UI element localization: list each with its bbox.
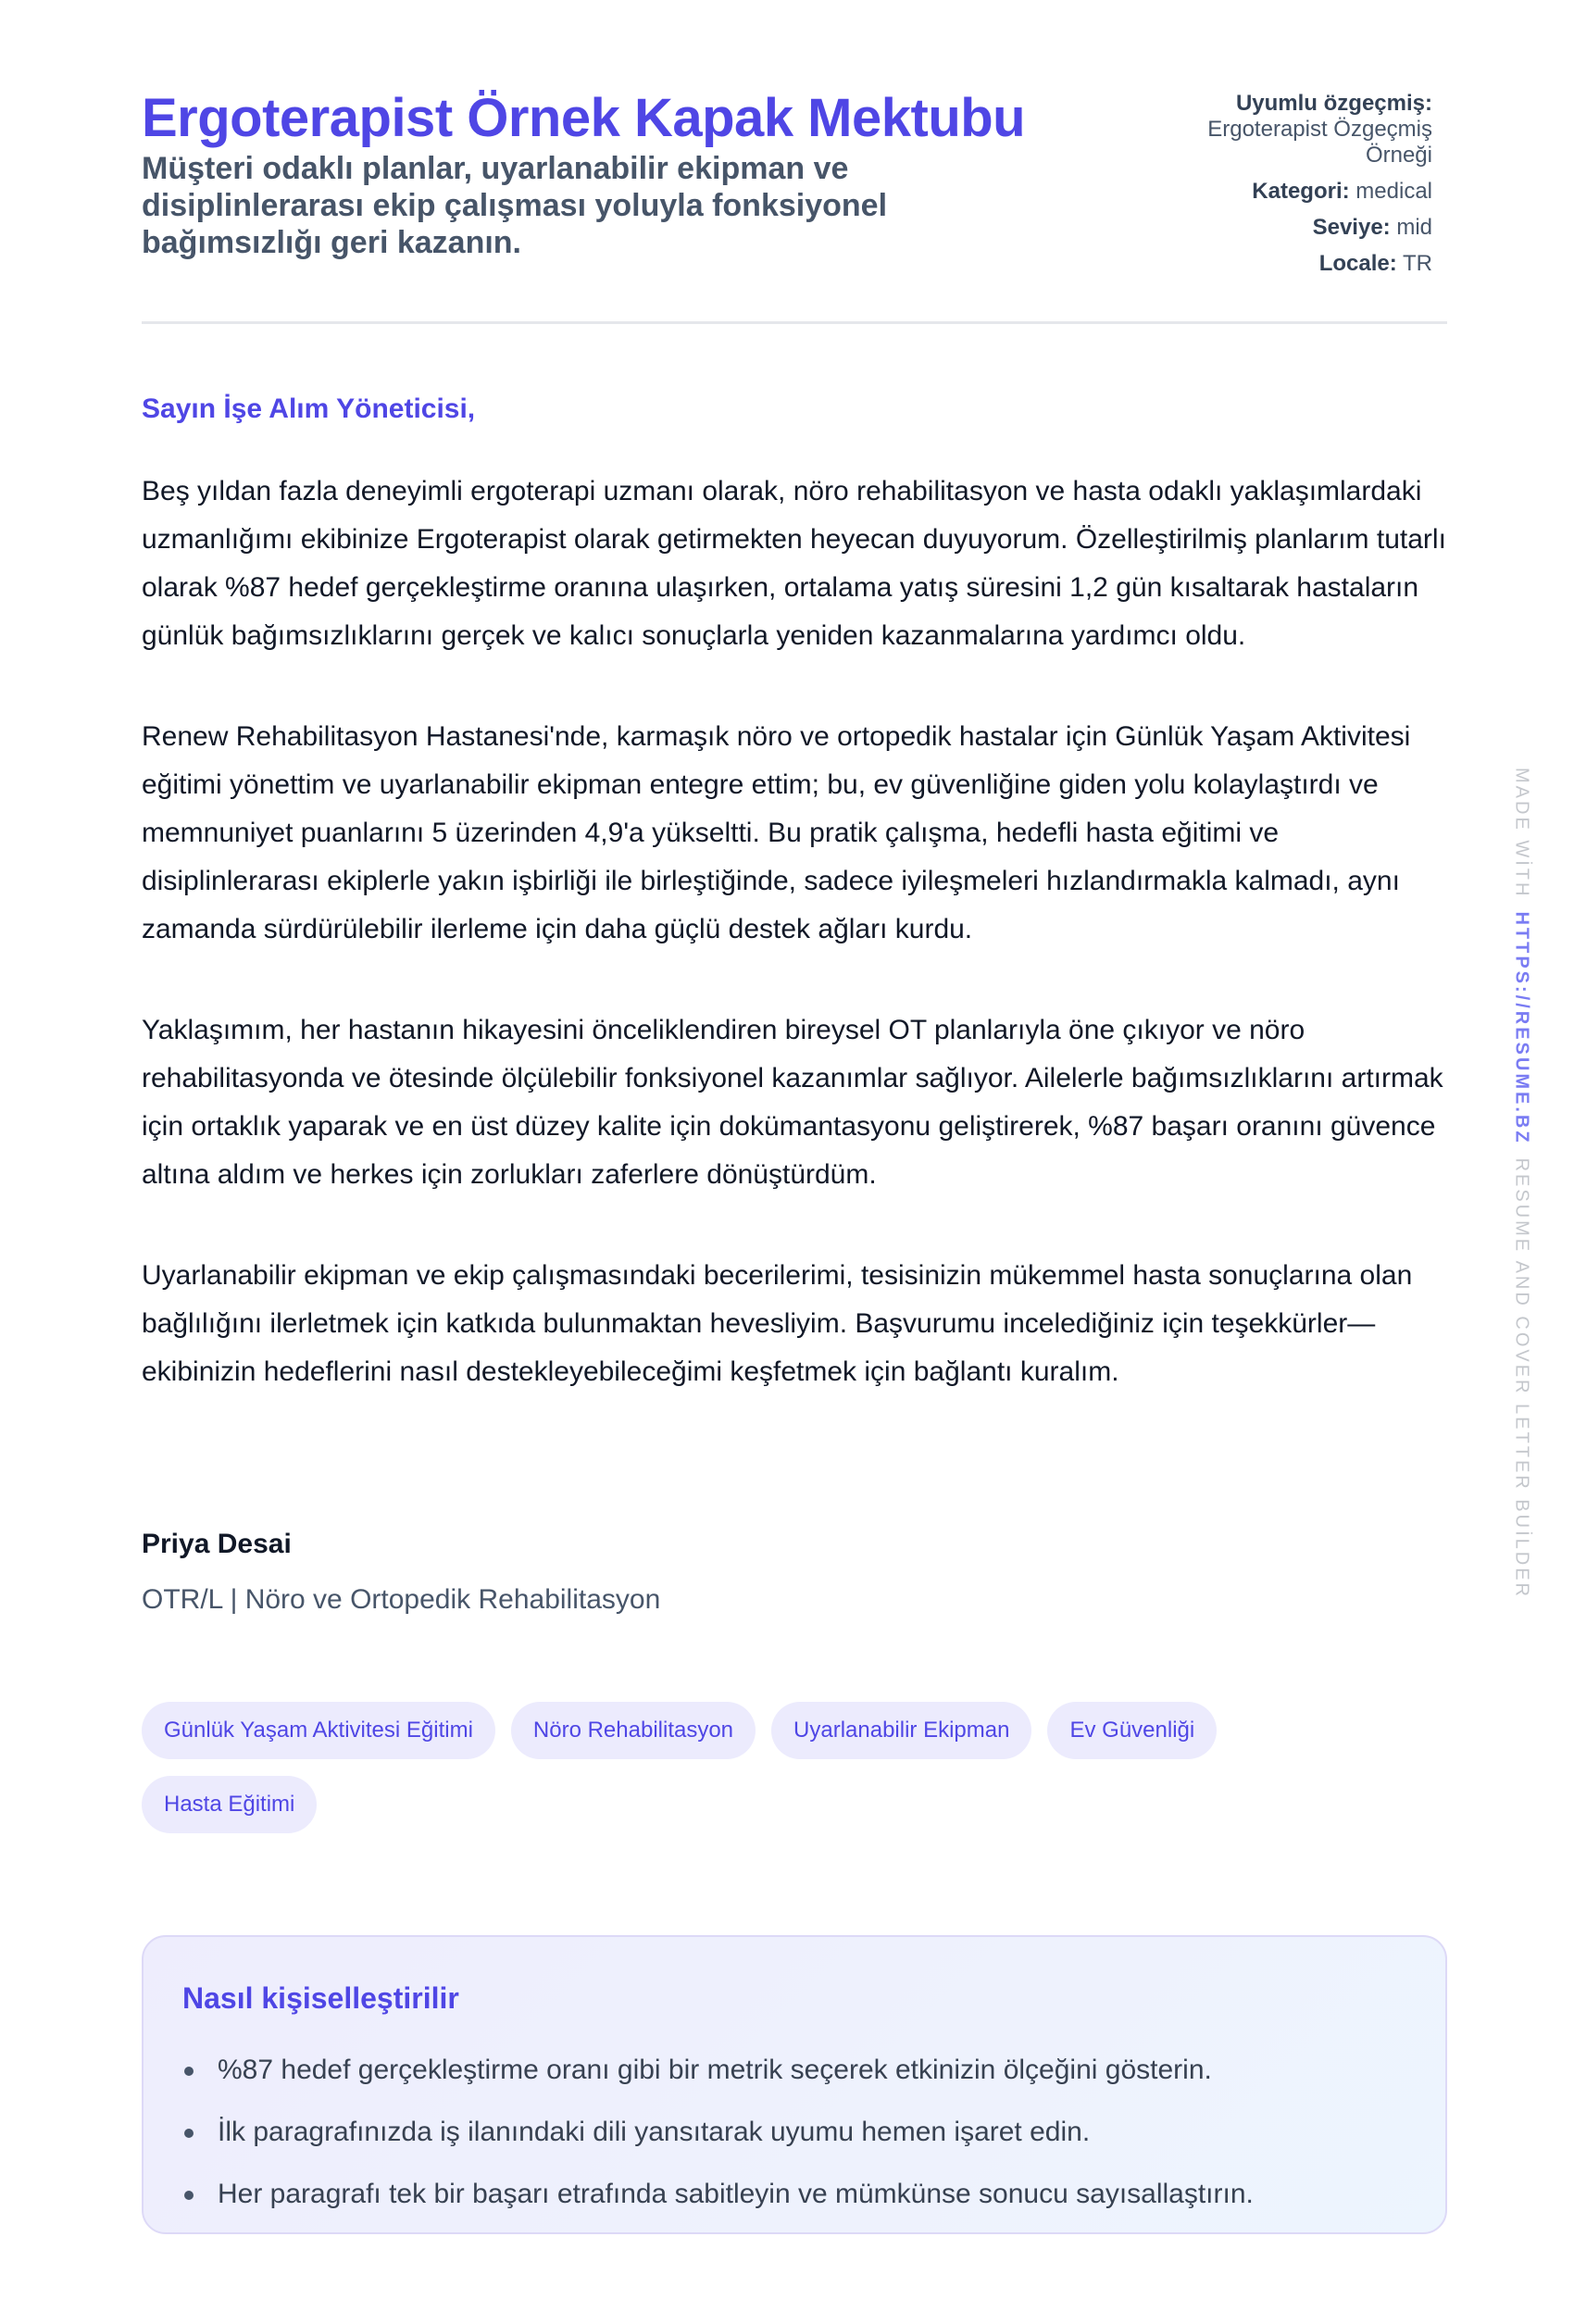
meta-locale-value: TR [1403, 251, 1432, 276]
page-header: Ergoterapist Örnek Kapak Mektubu Müşteri… [142, 0, 1447, 324]
meta-category: Kategori: medical [1173, 179, 1432, 205]
meta-info: Uyumlu özgeçmiş: Ergoterapist Özgeçmiş Ö… [1173, 91, 1432, 287]
tip-item: İlk paragrafınızda iş ilanındaki dili ya… [182, 2114, 1254, 2151]
letter-body: Beş yıldan fazla deneyimli ergoterapi uz… [142, 468, 1453, 1449]
cover-letter-page: Ergoterapist Örnek Kapak Mektubu Müşteri… [142, 0, 1447, 324]
watermark-prefix: MADE WİTH [1512, 768, 1532, 898]
skill-tag: Günlük Yaşam Aktivitesi Eğitimi [142, 1702, 495, 1759]
skill-tag: Ev Güvenliği [1047, 1702, 1217, 1759]
skill-tags: Günlük Yaşam Aktivitesi Eğitimi Nöro Reh… [142, 1702, 1345, 1833]
watermark-suffix: RESUME AND COVER LETTER BUİLDER [1512, 1158, 1532, 1599]
meta-locale: Locale: TR [1173, 251, 1432, 277]
watermark-link[interactable]: HTTPS://RESUME.BZ [1512, 911, 1532, 1144]
bullet-icon [184, 2129, 194, 2138]
bullet-icon [184, 2191, 194, 2200]
meta-compatible-resume-link[interactable]: Ergoterapist Özgeçmiş Örneği [1207, 117, 1432, 168]
skill-tag: Nöro Rehabilitasyon [511, 1702, 756, 1759]
letter-paragraph: Renew Rehabilitasyon Hastanesi'nde, karm… [142, 713, 1453, 954]
tip-text: %87 hedef gerçekleştirme oranı gibi bir … [218, 2055, 1212, 2085]
tip-text: İlk paragrafınızda iş ilanındaki dili ya… [218, 2117, 1090, 2147]
personalization-tips-box: Nasıl kişiselleştirilir %87 hedef gerçek… [142, 1935, 1447, 2234]
meta-compatible-resume: Uyumlu özgeçmiş: Ergoterapist Özgeçmiş Ö… [1173, 91, 1432, 169]
letter-paragraph: Beş yıldan fazla deneyimli ergoterapi uz… [142, 468, 1453, 660]
meta-compatible-resume-label: Uyumlu özgeçmiş: [1236, 91, 1432, 116]
bullet-icon [184, 2067, 194, 2076]
meta-locale-label: Locale: [1319, 251, 1397, 276]
tips-title: Nasıl kişiselleştirilir [182, 1980, 459, 2017]
page-subtitle: Müşteri odaklı planlar, uyarlanabilir ek… [142, 150, 975, 261]
tip-item: Her paragrafı tek bir başarı etrafında s… [182, 2176, 1254, 2213]
skill-tag: Uyarlanabilir Ekipman [771, 1702, 1031, 1759]
letter-paragraph: Yaklaşımım, her hastanın hikayesini önce… [142, 1006, 1453, 1199]
made-with-watermark: MADE WİTHHTTPS://RESUME.BZRESUME AND COV… [1511, 768, 1532, 1599]
signature-role: OTR/L | Nöro ve Ortopedik Rehabilitasyon [142, 1581, 660, 1618]
letter-salutation: Sayın İşe Alım Yöneticisi, [142, 393, 475, 426]
meta-level-label: Seviye: [1313, 215, 1391, 240]
skill-tag: Hasta Eğitimi [142, 1776, 317, 1833]
tip-text: Her paragrafı tek bir başarı etrafında s… [218, 2179, 1254, 2209]
page-title: Ergoterapist Örnek Kapak Mektubu [142, 89, 1025, 148]
letter-paragraph: Uyarlanabilir ekipman ve ekip çalışmasın… [142, 1252, 1453, 1396]
signature-name: Priya Desai [142, 1526, 660, 1563]
meta-level-value: mid [1396, 215, 1432, 240]
meta-level: Seviye: mid [1173, 215, 1432, 241]
meta-category-label: Kategori: [1252, 179, 1349, 204]
tips-list: %87 hedef gerçekleştirme oranı gibi bir … [182, 2052, 1254, 2238]
meta-category-value: medical [1355, 179, 1432, 204]
tip-item: %87 hedef gerçekleştirme oranı gibi bir … [182, 2052, 1254, 2089]
letter-signature: Priya Desai OTR/L | Nöro ve Ortopedik Re… [142, 1526, 660, 1618]
